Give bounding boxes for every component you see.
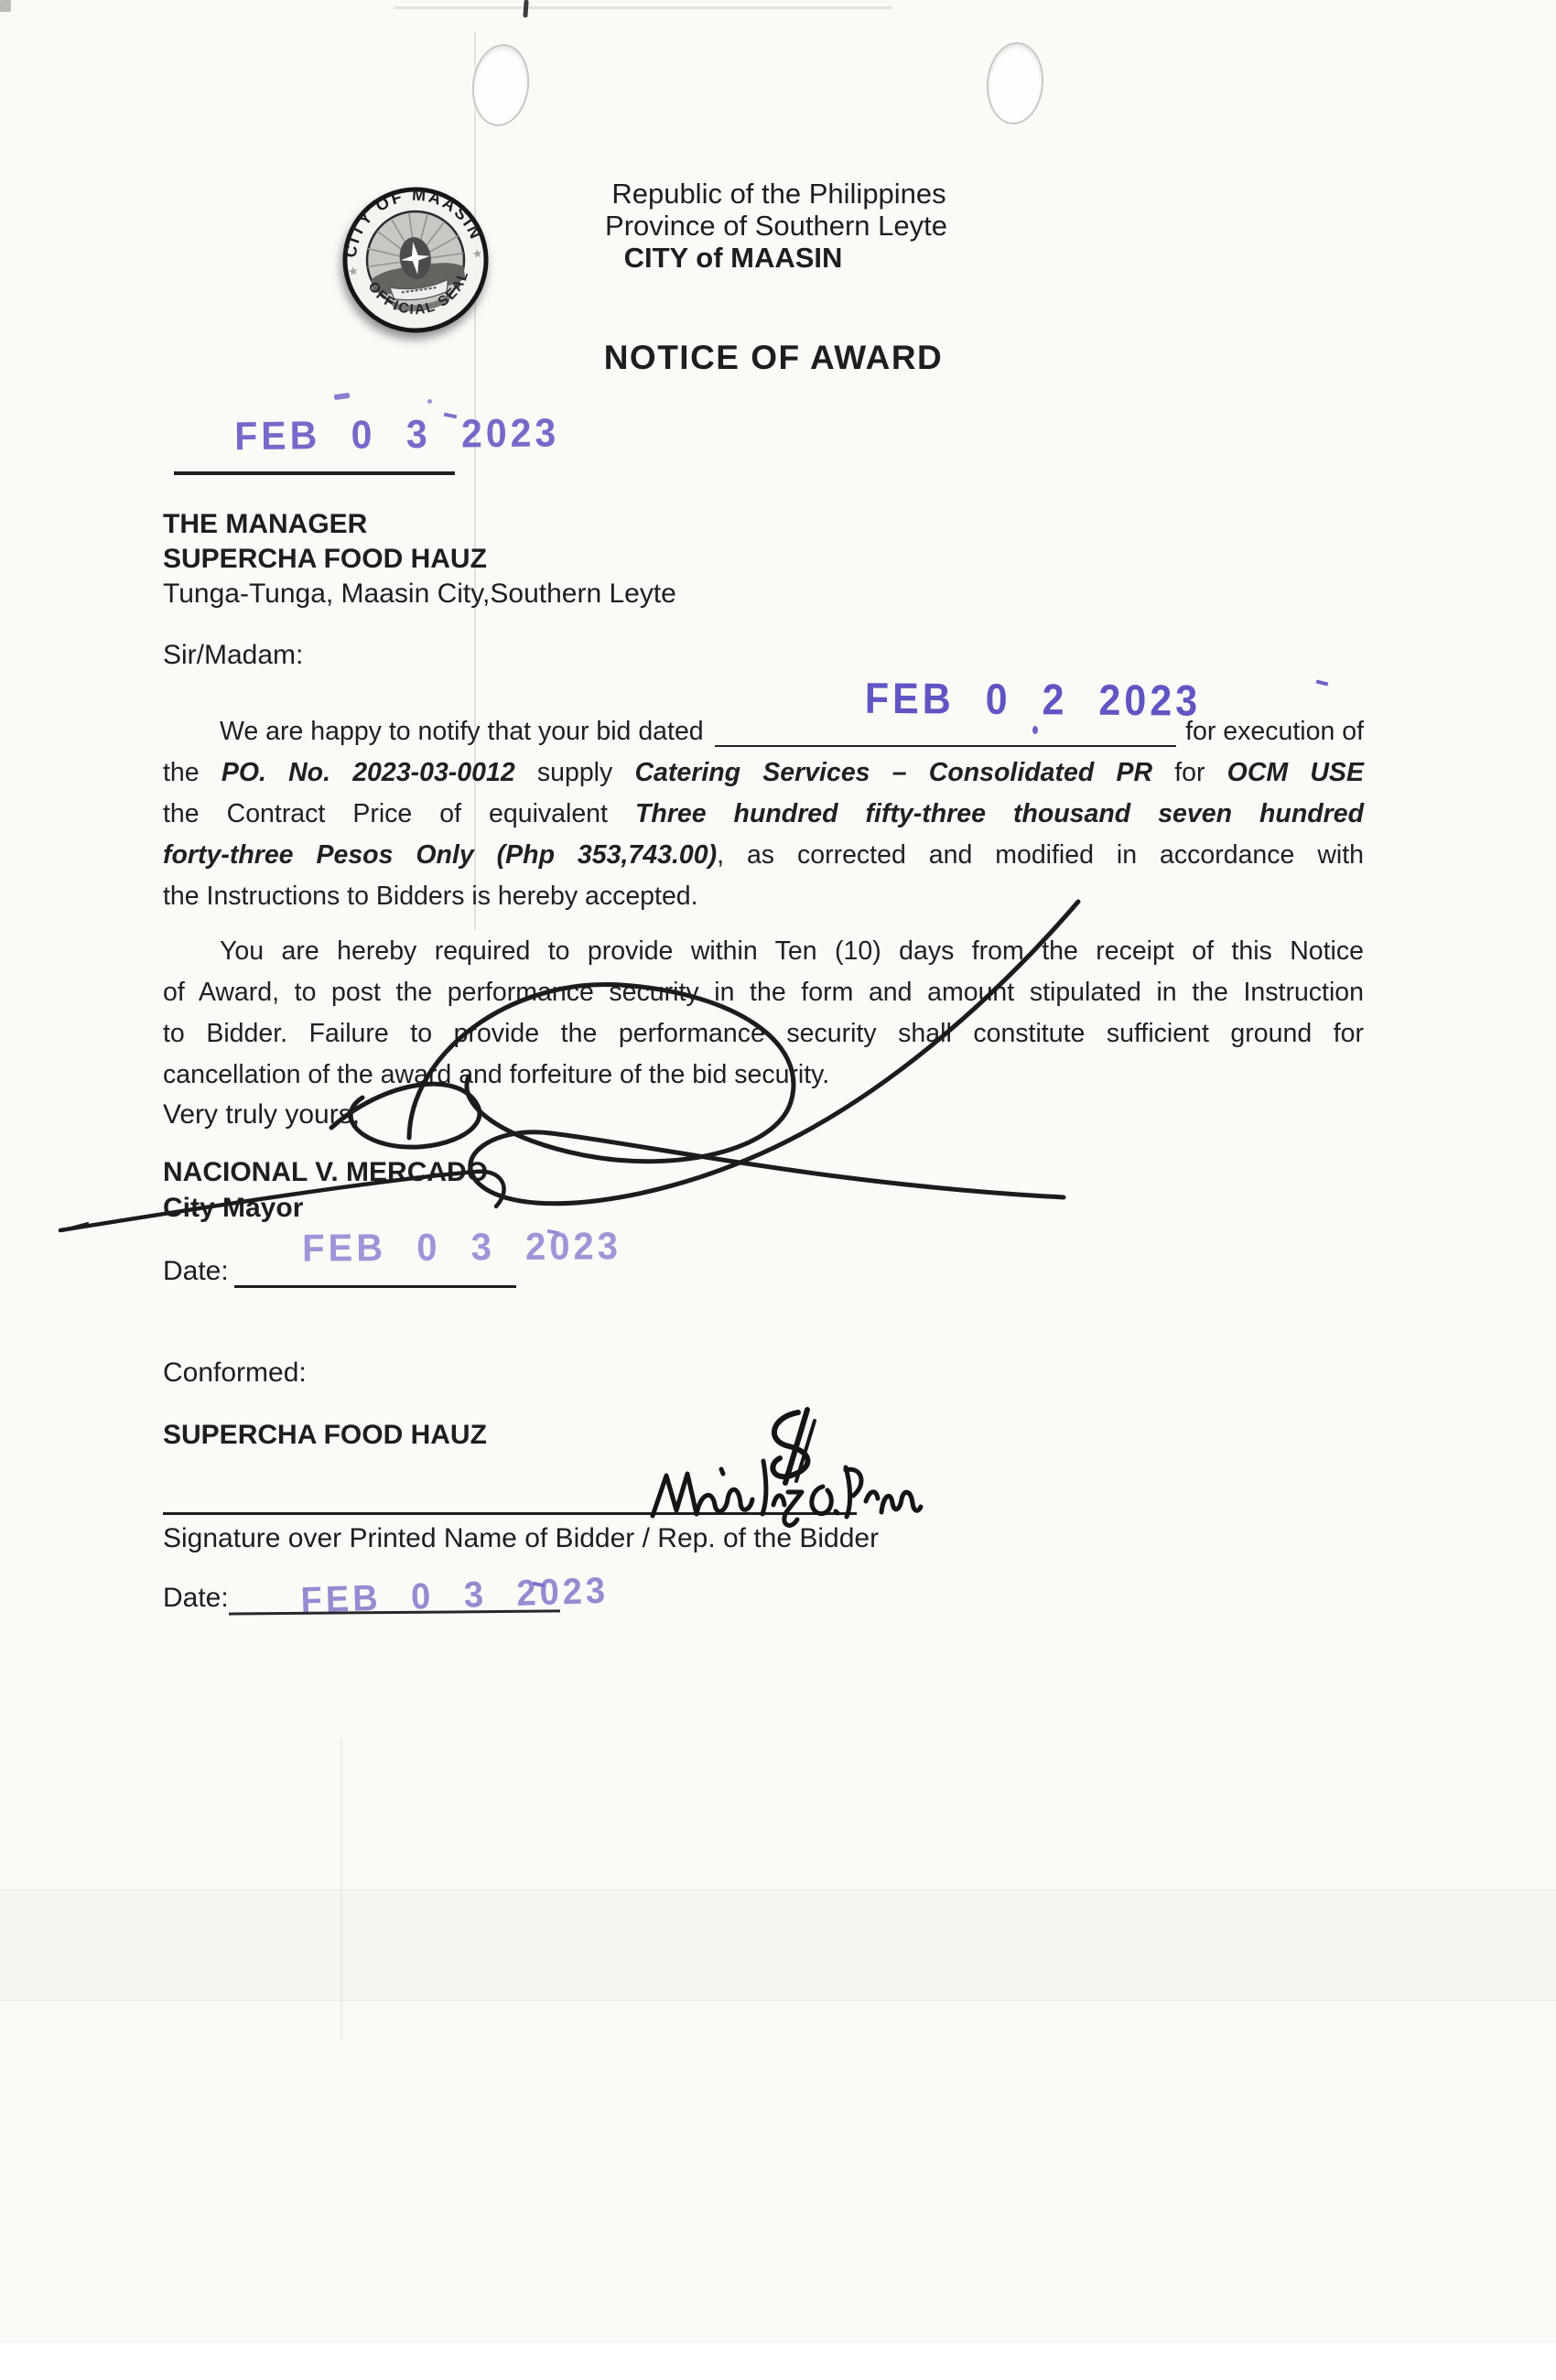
paragraph-text-run: OCM USE [1227, 758, 1364, 787]
scan-tonal-band [0, 1889, 1556, 2001]
bidder-handwritten-name [721, 1469, 723, 1474]
bidder-handwritten-name [866, 1492, 878, 1501]
mayor-date-line [234, 1285, 516, 1288]
paragraph-text-run: supply [515, 758, 635, 787]
signatory-name: NACIONAL V. MERCADO [163, 1157, 488, 1188]
paragraph-line: You are hereby required to provide withi… [163, 931, 1364, 972]
punch-hole-left [468, 41, 535, 130]
bidder-handwritten-name [784, 1492, 802, 1525]
body-paragraph-1: We are happy to notify that your bid dat… [163, 711, 1364, 917]
valediction: Very truly yours, [163, 1099, 360, 1130]
paragraph-text-run: forty-three Pesos Only (Php 353,743.00) [163, 840, 717, 870]
scan-tick-mark [523, 0, 528, 17]
punch-hole-right [983, 39, 1047, 126]
paragraph-line: cancellation of the award and forfeiture… [163, 1055, 1364, 1096]
paragraph-text-run: PO. No. 2023-03-0012 [222, 758, 515, 787]
paper-crease-lower [340, 1739, 342, 2041]
bidder-signature-flourish [785, 1410, 807, 1483]
paragraph-line: We are happy to notify that your bid dat… [163, 711, 1364, 752]
bidder-signature-flourish [773, 1412, 807, 1477]
paragraph-line: of Award, to post the performance securi… [163, 972, 1364, 1013]
stamp-artifact [1316, 679, 1329, 686]
paragraph-text-run: , as corrected and modified in accordanc… [717, 840, 1364, 870]
bidder-handwritten-name [653, 1474, 697, 1516]
bidder-handwritten-name [846, 1467, 850, 1517]
paragraph-text-run: the Contract Price of equivalent [163, 799, 635, 828]
paragraph-line: the PO. No. 2023-03-0012 supply Catering… [163, 752, 1364, 794]
paragraph-text: for execution of [1185, 711, 1364, 752]
bidder-handwritten-name [697, 1489, 752, 1514]
paragraph-line: the Instructions to Bidders is hereby ac… [163, 876, 1364, 917]
recipient-company: SUPERCHA FOOD HAUZ [163, 544, 487, 575]
recipient-addressee: THE MANAGER [163, 509, 367, 540]
stamp-artifact [334, 393, 351, 400]
bidder-signature-line [163, 1512, 857, 1515]
bidder-handwritten-name [812, 1487, 831, 1514]
mayor-date-label: Date: [163, 1256, 229, 1287]
letterhead-city: CITY of MAASIN [624, 242, 843, 275]
paragraph-text-run: the Instructions to Bidders is hereby ac… [163, 882, 698, 911]
mayor-sign-date-stamp: FEB 0 3 2023 [302, 1225, 621, 1271]
scan-bottom-edge [0, 2342, 1556, 2380]
signatory-title: City Mayor [163, 1193, 303, 1224]
document-title: NOTICE OF AWARD [604, 339, 944, 377]
signature-caption: Signature over Printed Name of Bidder / … [163, 1523, 879, 1554]
scan-smudge-top [394, 6, 892, 9]
stamp-artifact [427, 399, 432, 404]
conformed-company: SUPERCHA FOOD HAUZ [163, 1420, 487, 1451]
blank-bid-date-line [715, 718, 1176, 747]
paragraph-text-run: the [163, 758, 222, 787]
paragraph-text-run: for [1152, 758, 1227, 787]
bidder-handwritten-name [762, 1461, 766, 1514]
seal-star-left: ★ [347, 264, 360, 278]
paragraph-text: We are happy to notify that your bid dat… [220, 711, 704, 752]
bidder-handwritten-name [881, 1492, 921, 1512]
bidder-signature-flourish [796, 1421, 815, 1481]
body-paragraph-2: You are hereby required to provide withi… [163, 931, 1364, 1096]
bidder-handwritten-name [846, 1469, 861, 1496]
city-seal: CITY OF MAASIN OFFICIAL SEAL ★ ★ [340, 178, 491, 353]
salutation: Sir/Madam: [163, 640, 303, 671]
paragraph-text-run: Catering Services – Consolidated PR [634, 758, 1152, 787]
scanned-document-page: CITY OF MAASIN OFFICIAL SEAL ★ ★ Republi… [0, 0, 1556, 2380]
recipient-address: Tunga-Tunga, Maasin City,Southern Leyte [163, 579, 676, 610]
scan-corner-mark [0, 0, 11, 12]
mayor-signature-stroke [60, 1223, 88, 1230]
bidder-date-label: Date: [163, 1583, 229, 1614]
seal-star-right: ★ [471, 246, 484, 261]
received-date-stamp: FEB 0 3 2023 [234, 410, 559, 460]
paragraph-text-run: Three hundred fifty-three thousand seven… [635, 799, 1364, 828]
letterhead-country: Republic of the Philippines [611, 178, 945, 211]
letterhead-province: Province of Southern Leyte [605, 210, 947, 243]
paragraph-line: the Contract Price of equivalent Three h… [163, 794, 1364, 835]
paragraph-line: to Bidder. Failure to provide the perfor… [163, 1013, 1364, 1055]
date-line-top [174, 471, 455, 475]
bidder-handwritten-name [773, 1496, 784, 1505]
conformed-heading: Conformed: [163, 1358, 307, 1389]
bidder-sign-date-stamp: FEB 0 3 2023 [300, 1571, 610, 1622]
paragraph-line: forty-three Pesos Only (Php 353,743.00),… [163, 835, 1364, 876]
